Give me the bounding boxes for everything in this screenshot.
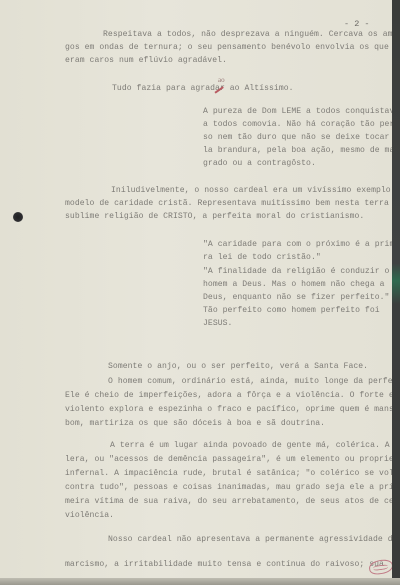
- text-line: bom, martiriza os que são dóceis à boa e…: [65, 419, 325, 429]
- text-line: grado ou a contragôsto.: [203, 159, 316, 169]
- text-line: Ele é cheio de imperfeições, adora a fôr…: [65, 391, 400, 401]
- text-line: violência.: [65, 511, 114, 521]
- text-line: Respeitava a todos, não desprezava a nin…: [103, 30, 400, 40]
- text-line: Iniludivelmente, o nosso cardeal era um …: [111, 186, 400, 196]
- quote-line: Deus, enquanto não se fizer perfeito.": [203, 293, 389, 303]
- text-line: violento explora e espezinha o fraco e p…: [65, 405, 400, 415]
- text-line: marcismo, a irritabilidade muito tensa e…: [65, 560, 384, 570]
- text-line: infernal. A impaciência rude, brutal é s…: [65, 469, 400, 479]
- hole-punch-mark: [13, 212, 23, 222]
- quote-line: "A finalidade da religião é conduzir o: [203, 267, 389, 277]
- document-page: - 2 - Respeitava a todos, não desprezava…: [0, 0, 392, 578]
- quote-line: ra lei de todo cristão.": [203, 253, 321, 263]
- text-line: contra tudo", pessoas e coisas inanimada…: [65, 483, 399, 493]
- text-line: meira vítima de sua raiva, do seu arreba…: [65, 497, 400, 507]
- text-line: la brandura, pela boa ação, mesmo de mal…: [203, 146, 400, 156]
- text-line: gos em ondas de ternura; o seu pensament…: [65, 43, 400, 53]
- text-line: eram caros num eflúvio agradável.: [65, 56, 227, 66]
- scan-border-right: [392, 0, 400, 585]
- text-line: Nosso cardeal não apresentava a permanen…: [108, 535, 398, 545]
- scan-border-bottom: [0, 578, 400, 585]
- page-number: - 2 -: [344, 19, 370, 29]
- text-line: Somente o anjo, ou o ser perfeito, verá …: [108, 362, 368, 372]
- quote-line: "A caridade para com o próximo é a prime…: [203, 240, 400, 250]
- handwritten-correction: ao: [218, 76, 225, 84]
- text-line: O homem comum, ordinário está, ainda, mu…: [108, 377, 400, 387]
- text-line: sublime religião de CRISTO, a perfeita m…: [65, 212, 364, 222]
- text-line: so nem tão duro que não se deixe tocar p…: [203, 133, 400, 143]
- text-line: modelo de caridade cristã. Representava …: [65, 199, 399, 209]
- text-line: lera, ou "acessos de demência passageira…: [65, 455, 400, 465]
- quote-line: JESUS.: [203, 319, 232, 329]
- text-line: A pureza de Dom LEME a todos conquistava…: [203, 107, 400, 117]
- text-line: A terra é um lugar ainda povoado de gent…: [110, 441, 400, 451]
- text-line: Tudo fazia para agradar ao Altíssimo.: [112, 84, 294, 94]
- quote-line: Tão perfeito como homem perfeito foi: [203, 306, 380, 316]
- quote-line: homem a Deus. Mas o homem não chega a: [203, 280, 385, 290]
- text-line: a todos comovia. Não há coração tão perv…: [203, 120, 400, 130]
